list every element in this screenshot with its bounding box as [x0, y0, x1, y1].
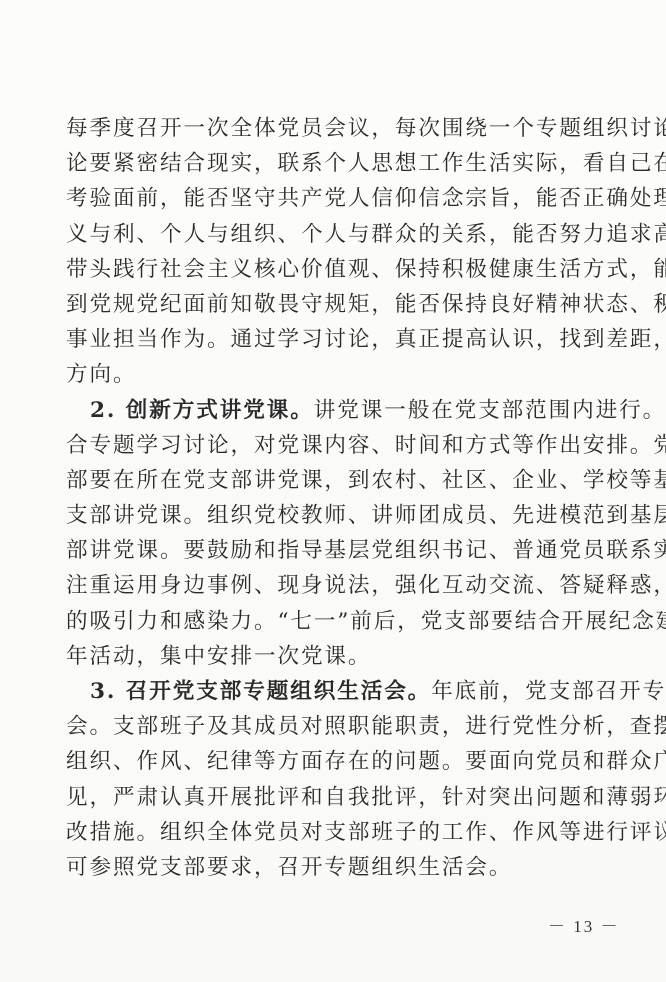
- text-line: 义与利、个人与组织、个人与群众的关系，能否努力追求高尚道德、: [66, 217, 538, 252]
- text-line: 改措施。组织全体党员对支部班子的工作、作风等进行评议。党小组: [66, 815, 538, 850]
- text-line: 到党规党纪面前知敬畏守规矩，能否保持良好精神状态、积极为党的: [66, 287, 538, 322]
- body-text: 每季度召开一次全体党员会议，每次围绕一个专题组织讨论。学习讨 论要紧密结合现实，…: [66, 111, 538, 885]
- text-line: 方向。: [66, 357, 538, 392]
- text-line: 每季度召开一次全体党员会议，每次围绕一个专题组织讨论。学习讨: [66, 111, 538, 146]
- text-line: 年活动，集中安排一次党课。: [66, 639, 538, 674]
- section-heading-3: 3. 召开党支部专题组织生活会。: [90, 679, 431, 704]
- text-line: 注重运用身边事例、现身说法，强化互动交流、答疑释惑，增强党课: [66, 568, 538, 603]
- text-line: 考验面前，能否坚守共产党人信仰信念宗旨，能否正确处理公与私、: [66, 181, 538, 216]
- text-line: 论要紧密结合现实，联系个人思想工作生活实际，看自己在新任务新: [66, 146, 538, 181]
- text-line: 见，严肃认真开展批评和自我批评，针对突出问题和薄弱环节提出整: [66, 780, 538, 815]
- text-line: 事业担当作为。通过学习讨论，真正提高认识，找到差距，明确努力: [66, 322, 538, 357]
- text-run: 讲党课一般在党支部范围内进行。党支部要结: [314, 398, 666, 423]
- section-2-first-line: 2. 创新方式讲党课。讲党课一般在党支部范围内进行。党支部要结: [66, 393, 538, 428]
- text-line: 部要在所在党支部讲党课，到农村、社区、企业、学校等基层单位党: [66, 463, 538, 498]
- section-3-first-line: 3. 召开党支部专题组织生活会。年底前，党支部召开专题组织生活: [66, 674, 538, 709]
- text-line: 带头践行社会主义核心价值观、保持积极健康生活方式，能否自觉做: [66, 252, 538, 287]
- text-line: 部讲党课。要鼓励和指导基层党组织书记、普通党员联系实际讲党课。: [66, 533, 538, 568]
- text-line: 合专题学习讨论，对党课内容、时间和方式等作出安排。党员领导干: [66, 428, 538, 463]
- text-line: 组织、作风、纪律等方面存在的问题。要面向党员和群众广泛征求意: [66, 744, 538, 779]
- text-line: 支部讲党课。组织党校教师、讲师团成员、先进模范到基层一线党支: [66, 498, 538, 533]
- document-page: 每季度召开一次全体党员会议，每次围绕一个专题组织讨论。学习讨 论要紧密结合现实，…: [0, 0, 666, 982]
- section-heading-2: 2. 创新方式讲党课。: [90, 398, 314, 423]
- page-number: － 13 －: [548, 912, 620, 937]
- text-run: 年底前，党支部召开专题组织生活: [431, 679, 666, 704]
- text-line: 的吸引力和感染力。“七一”前后，党支部要结合开展纪念建党 95 周: [66, 604, 538, 639]
- text-line: 会。支部班子及其成员对照职能职责，进行党性分析，查摆在思想、: [66, 709, 538, 744]
- text-line: 可参照党支部要求，召开专题组织生活会。: [66, 850, 538, 885]
